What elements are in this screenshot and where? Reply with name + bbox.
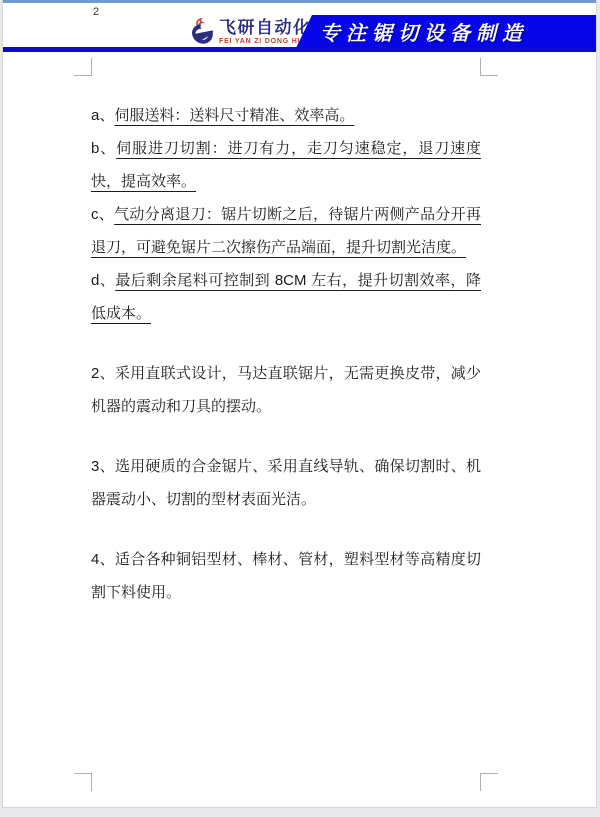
item-text: 气动分离退刀：锯片切断之后，待锯片两侧产品分开再退刀，可避免锯片二次擦伤产品端面… <box>91 206 481 256</box>
brand-text-block: 飞研自动化 FEI YAN ZI DONG HUA <box>219 19 312 46</box>
list-item-c: c、气动分离退刀：锯片切断之后，待锯片两侧产品分开再退刀，可避免锯片二次擦伤产品… <box>91 198 481 264</box>
paragraph-4: 4、适合各种铜铝型材、棒材、管材，塑料型材等高精度切割下料使用。 <box>91 543 481 609</box>
slogan-banner: 专注锯切设备制造 <box>296 15 596 48</box>
item-marker: b、 <box>91 140 116 157</box>
item-marker: 4、 <box>91 551 115 568</box>
text-boundary-mark-bottom-right <box>480 773 498 791</box>
item-marker: c、 <box>91 206 114 223</box>
document-body: a、伺服送料：送料尺寸精准、效率高。 b、伺服进刀切割：进刀有力，走刀匀速稳定，… <box>91 99 481 609</box>
list-item-a: a、伺服送料：送料尺寸精准、效率高。 <box>91 99 481 132</box>
item-marker: d、 <box>91 272 115 289</box>
brand-name-cn: 飞研自动化 <box>219 19 312 38</box>
item-marker: a、 <box>91 107 114 124</box>
item-text: 采用直联式设计，马达直联锯片，无需更换皮带，减少机器的震动和刀具的摆动。 <box>91 365 481 415</box>
header-top-rule <box>3 0 596 3</box>
item-text: 选用硬质的合金锯片、采用直线导轨、确保切割时、机器震动小、切割的型材表面光洁。 <box>91 458 481 508</box>
bird-swoosh-logo-icon <box>188 17 216 47</box>
paragraph-3: 3、选用硬质的合金锯片、采用直线导轨、确保切割时、机器震动小、切割的型材表面光洁… <box>91 450 481 516</box>
item-text: 适合各种铜铝型材、棒材、管材，塑料型材等高精度切割下料使用。 <box>91 551 481 601</box>
text-boundary-mark-top-right <box>480 58 498 76</box>
header-bottom-rule <box>3 47 596 52</box>
item-text: 伺服送料：送料尺寸精准、效率高。 <box>114 107 354 124</box>
page: 2 飞研自动化 FEI YAN ZI DONG HUA 专注锯切设备制造 <box>2 0 597 808</box>
list-item-b: b、伺服进刀切割：进刀有力，走刀匀速稳定，退刀速度快，提高效率。 <box>91 132 481 198</box>
item-marker: 3、 <box>91 458 115 475</box>
slogan-text: 专注锯切设备制造 <box>320 17 528 46</box>
brand-logo: 飞研自动化 FEI YAN ZI DONG HUA <box>188 15 312 49</box>
text-boundary-mark-top-left <box>74 58 92 76</box>
text-boundary-mark-bottom-left <box>74 773 92 791</box>
item-text: 伺服进刀切割：进刀有力，走刀匀速稳定，退刀速度快，提高效率。 <box>91 140 481 190</box>
item-marker: 2、 <box>91 365 115 382</box>
document-viewer: 2 飞研自动化 FEI YAN ZI DONG HUA 专注锯切设备制造 <box>0 0 600 817</box>
page-number: 2 <box>93 7 99 18</box>
item-text: 最后剩余尾料可控制到 8CM 左右，提升切割效率，降低成本。 <box>91 272 481 322</box>
list-item-d: d、最后剩余尾料可控制到 8CM 左右，提升切割效率，降低成本。 <box>91 264 481 330</box>
paragraph-2: 2、采用直联式设计，马达直联锯片，无需更换皮带，减少机器的震动和刀具的摆动。 <box>91 357 481 423</box>
brand-name-en: FEI YAN ZI DONG HUA <box>219 38 312 45</box>
